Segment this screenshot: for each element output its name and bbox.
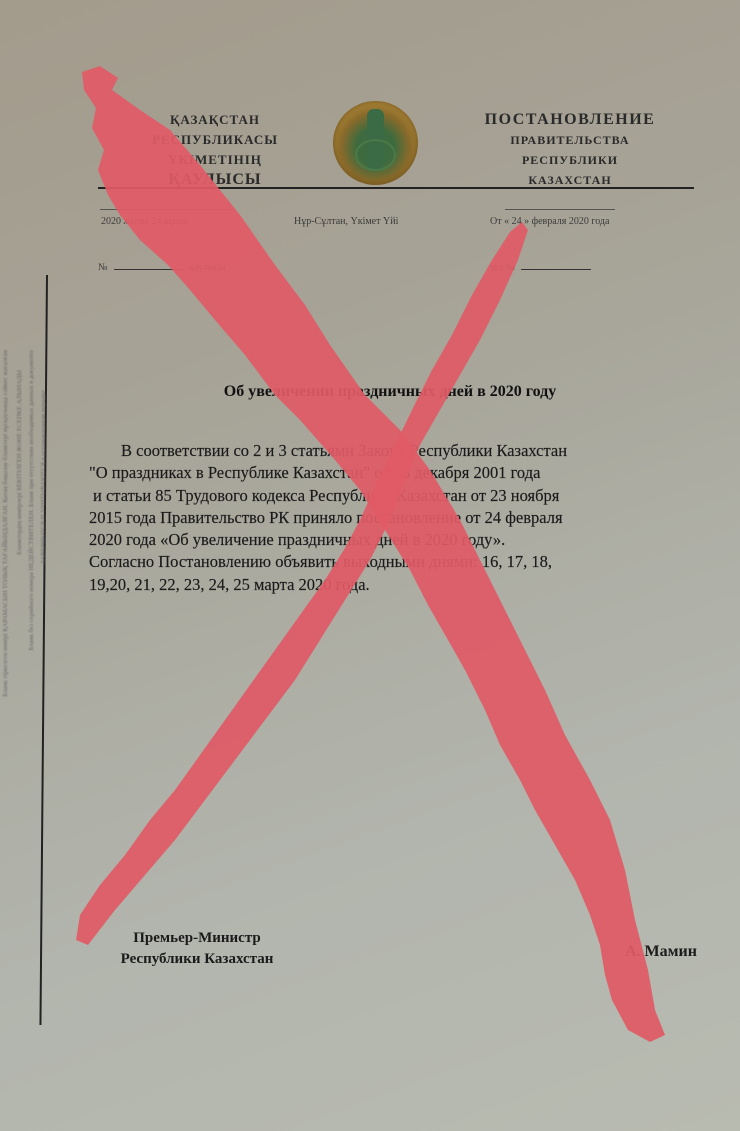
date-line-ru — [505, 209, 615, 210]
header-kz-line: РЕСПУБЛИКАСЫ — [130, 130, 300, 150]
body-line: Согласно Постановлению объявить выходным… — [89, 551, 699, 573]
header-russian: ПОСТАНОВЛЕНИЕ ПРАВИТЕЛЬСТВА РЕСПУБЛИКИ К… — [470, 110, 670, 190]
header-ru-line: ПОСТАНОВЛЕНИЕ — [470, 110, 670, 130]
header-kz-line: ҚАЗАҚСТАН — [130, 110, 300, 130]
document-page: ҚАЗАҚСТАН РЕСПУБЛИКАСЫ ҮКІМЕТІНІҢ ҚАУЛЫС… — [0, 0, 740, 1131]
document-title: Об увеличении праздничных дней в 2020 го… — [150, 383, 630, 401]
margin-note: Бланк тіркелген нөмірі ҚАРАМАСЫН ТОЛЫҚ Т… — [2, 350, 9, 697]
state-emblem-icon — [333, 101, 418, 185]
margin-note: Бланктердің нөмірлері БЕКІТІЛГЕН ЖӘНЕ ЕС… — [16, 370, 23, 555]
margin-note: Бланк без серийного номера НЕДЕЙСТВИТЕЛЕ… — [28, 350, 35, 650]
number-kz: №қаулысы — [98, 262, 226, 273]
number-sign: № — [98, 262, 108, 273]
signatory-title-line: Премьер-Министр — [92, 928, 302, 949]
body-line: 2020 года «Об увеличение праздничных дне… — [89, 529, 699, 551]
body-line: 19,20, 21, 22, 23, 24, 25 марта 2020 год… — [89, 574, 699, 596]
signatory-title-line: Республики Казахстан — [92, 949, 302, 970]
body-line: и статьи 85 Трудового кодекса Республики… — [89, 485, 699, 507]
copy-number-label: экз.№ — [490, 262, 515, 273]
number-kz-suffix: қаулысы — [190, 262, 226, 273]
header-ru-line: РЕСПУБЛИКИ — [470, 150, 670, 170]
margin-note: ЗАВЕРЯЮТСЯ И УЧИТЫВАЮТСЯ в установленном… — [40, 390, 47, 564]
header-kz-line: ҮКІМЕТІНІҢ — [130, 150, 300, 170]
body-line: В соответствии со 2 и 3 статьями Закона … — [89, 440, 699, 462]
signatory-title: Премьер-Министр Республики Казахстан — [92, 928, 302, 970]
date-ru: От « 24 » февраля 2020 года — [490, 216, 609, 227]
header-divider — [98, 187, 694, 189]
document-body: В соответствии со 2 и 3 статьями Закона … — [89, 440, 699, 596]
body-line: "О праздниках в Республике Казахстан" от… — [89, 462, 699, 484]
copy-number: экз.№ — [490, 262, 597, 273]
header-ru-line: ПРАВИТЕЛЬСТВА — [470, 130, 670, 150]
body-line: 2015 года Правительство РК приняло поста… — [89, 507, 699, 529]
place: Нұр-Сұлтан, Үкімет Үйі — [294, 216, 398, 227]
margin-notes: Бланк тіркелген нөмірі ҚАРАМАСЫН ТОЛЫҚ Т… — [0, 350, 70, 930]
date-kz: 2020 жылы 24 ақпан — [101, 216, 188, 227]
signatory-name: А. Мамин — [625, 943, 697, 961]
date-line-kz — [100, 209, 235, 210]
header-kazakh: ҚАЗАҚСТАН РЕСПУБЛИКАСЫ ҮКІМЕТІНІҢ ҚАУЛЫС… — [130, 110, 300, 190]
